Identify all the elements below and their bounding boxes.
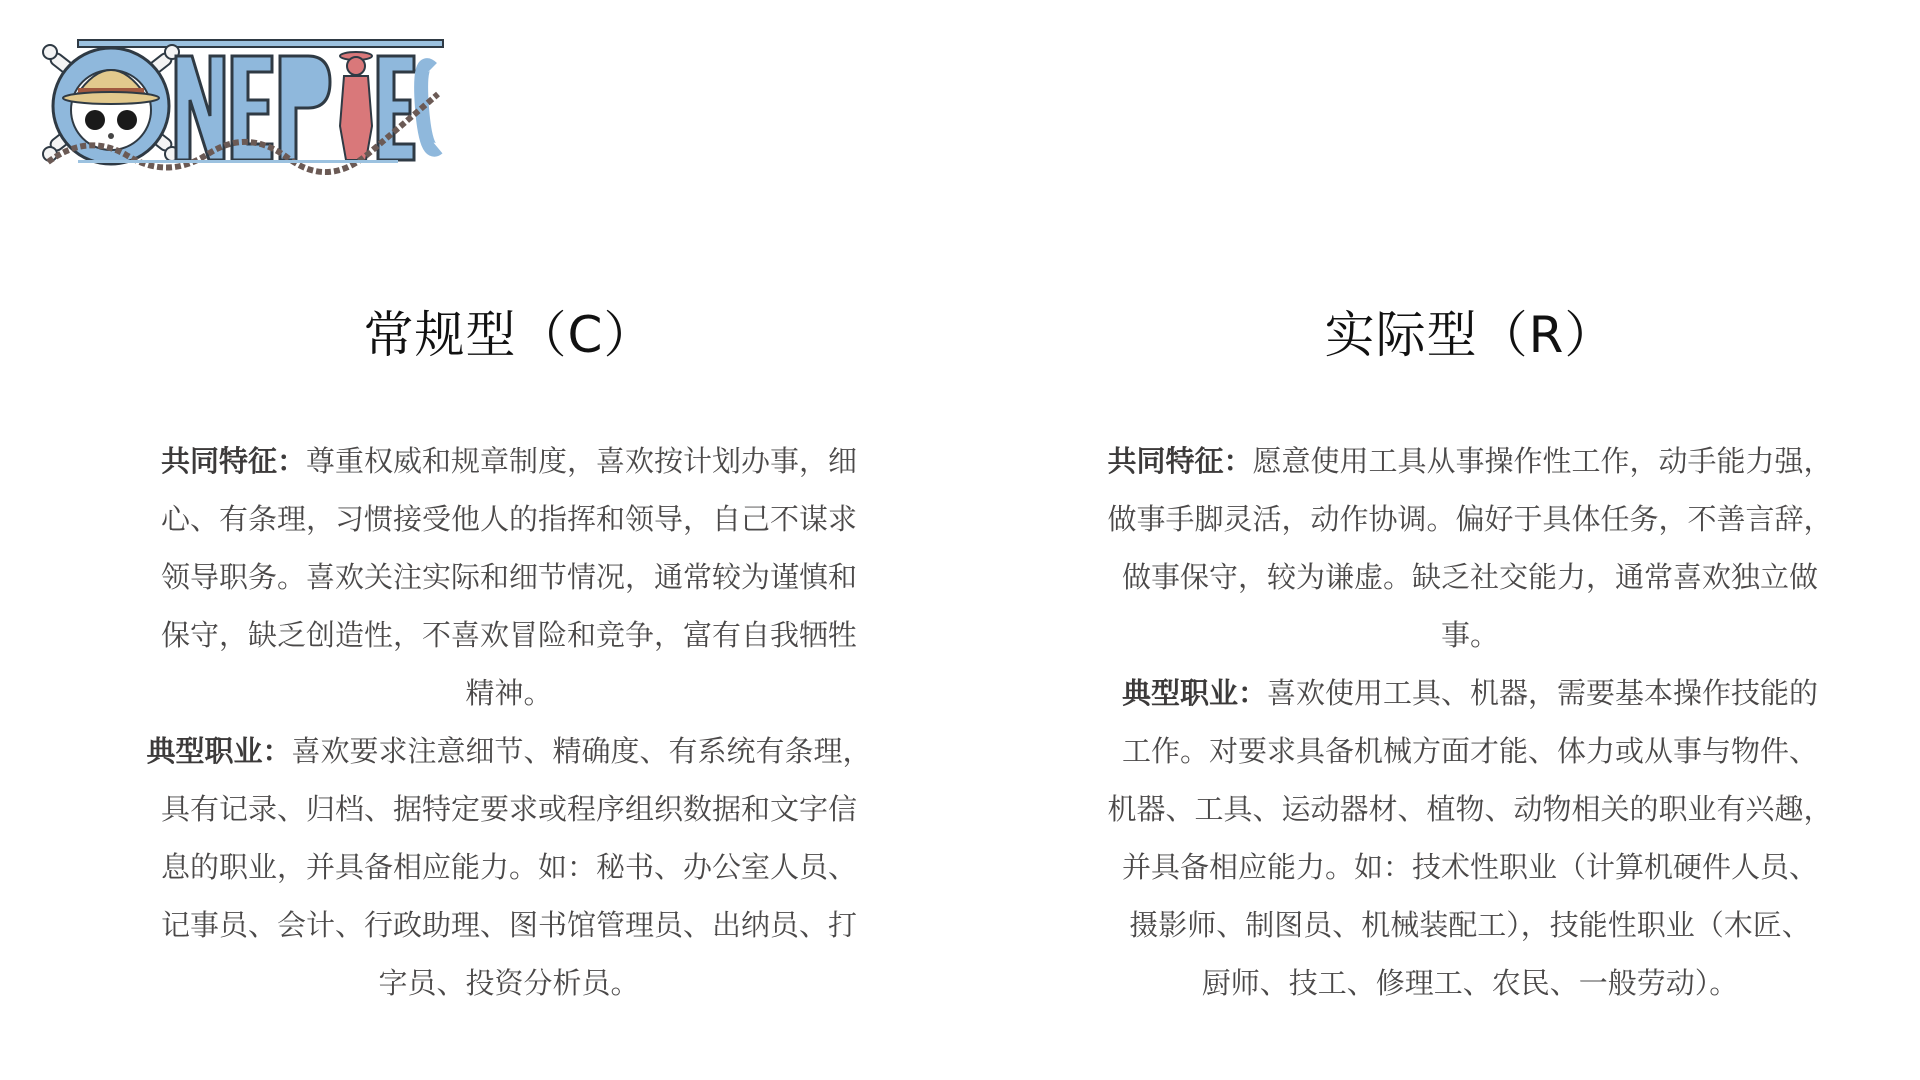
text-line: 做事保守，较为谦虚。缺乏社交能力，通常喜欢独立做 xyxy=(1078,548,1862,606)
one-piece-logo-icon xyxy=(28,34,448,184)
text-line: 典型职业：喜欢使用工具、机器，需要基本操作技能的 xyxy=(1078,664,1862,722)
text-line: 并具备相应能力。如：技术性职业（计算机硬件人员、 xyxy=(1078,838,1862,896)
text-line: 机器、工具、运动器材、植物、动物相关的职业有兴趣， xyxy=(1078,780,1862,838)
text-line: 息的职业，并具备相应能力。如：秘书、办公室人员、 xyxy=(122,838,896,896)
section-heading: 常规型（C） xyxy=(122,300,896,370)
one-piece-logo xyxy=(28,34,448,184)
label-common-traits: 共同特征： xyxy=(1107,444,1252,478)
text-line: 字员、投资分析员。 xyxy=(122,954,896,1012)
text-line: 精神。 xyxy=(122,664,896,722)
description-text: 共同特征：愿意使用工具从事操作性工作，动手能力强， 做事手脚灵活，动作协调。偏好… xyxy=(1078,432,1862,1012)
text-line: 做事手脚灵活，动作协调。偏好于具体任务，不善言辞， xyxy=(1078,490,1862,548)
section-heading: 实际型（R） xyxy=(1078,300,1862,370)
text-line: 具有记录、归档、据特定要求或程序组织数据和文字信 xyxy=(122,780,896,838)
text-line: 心、有条理，习惯接受他人的指挥和领导，自己不谋求 xyxy=(122,490,896,548)
label-typical-jobs: 典型职业： xyxy=(1122,676,1267,710)
text-line: 记事员、会计、行政助理、图书馆管理员、出纳员、打 xyxy=(122,896,896,954)
text-line: 保守，缺乏创造性，不喜欢冒险和竞争，富有自我牺牲 xyxy=(122,606,896,664)
description-text: 共同特征：尊重权威和规章制度，喜欢按计划办事，细 心、有条理，习惯接受他人的指挥… xyxy=(122,432,896,1012)
personality-type-realistic: 实际型（R） 共同特征：愿意使用工具从事操作性工作，动手能力强， 做事手脚灵活，… xyxy=(1078,300,1862,1012)
text-line: 共同特征：愿意使用工具从事操作性工作，动手能力强， xyxy=(1078,432,1862,490)
label-typical-jobs: 典型职业： xyxy=(146,734,291,768)
personality-type-conventional: 常规型（C） 共同特征：尊重权威和规章制度，喜欢按计划办事，细 心、有条理，习惯… xyxy=(122,300,896,1012)
text-line: 共同特征：尊重权威和规章制度，喜欢按计划办事，细 xyxy=(122,432,896,490)
text-line: 厨师、技工、修理工、农民、一般劳动）。 xyxy=(1078,954,1862,1012)
text-line: 领导职务。喜欢关注实际和细节情况，通常较为谨慎和 xyxy=(122,548,896,606)
text-line: 工作。对要求具备机械方面才能、体力或从事与物件、 xyxy=(1078,722,1862,780)
text-line: 摄影师、制图员、机械装配工），技能性职业（木匠、 xyxy=(1078,896,1862,954)
text-line: 事。 xyxy=(1078,606,1862,664)
text-line: 典型职业：喜欢要求注意细节、精确度、有系统有条理， xyxy=(122,722,896,780)
label-common-traits: 共同特征： xyxy=(161,444,306,478)
